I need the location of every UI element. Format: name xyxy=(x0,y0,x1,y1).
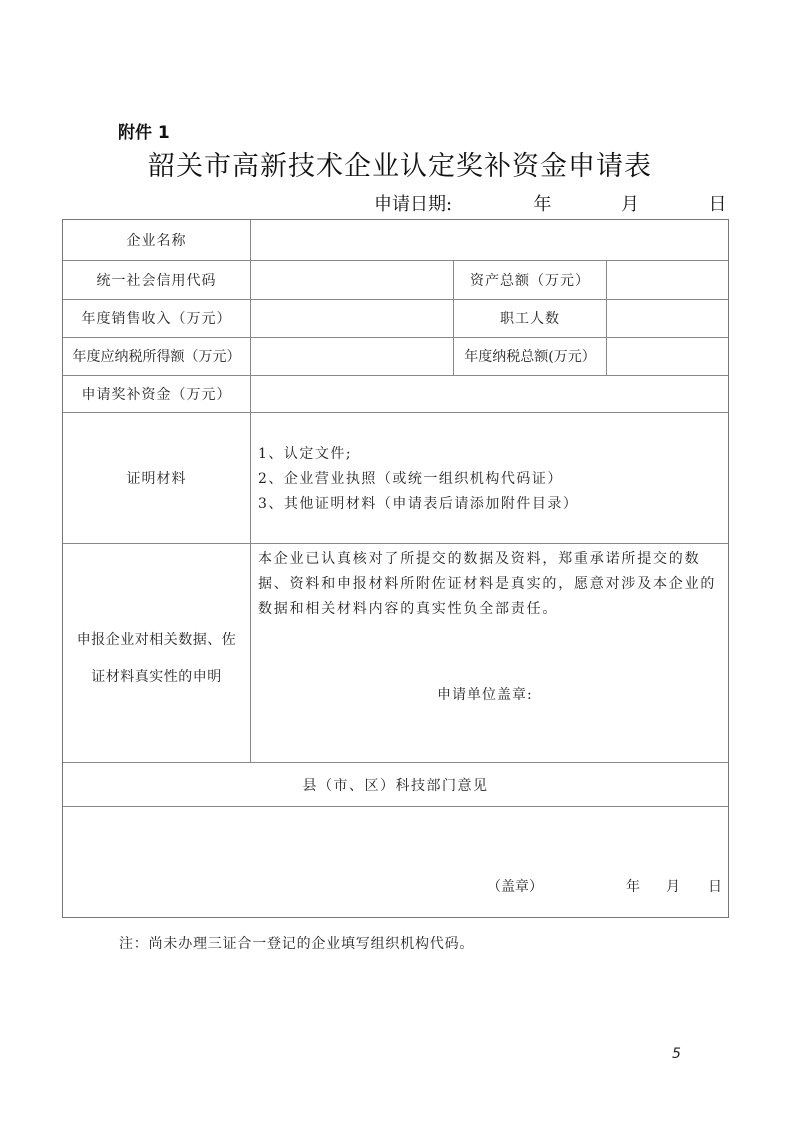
department-seal-label: （盖章） xyxy=(487,876,543,896)
subsidy-amount-label: 申请奖补资金（万元） xyxy=(63,375,250,412)
application-form-table: 企业名称 统一社会信用代码 资产总额（万元） 年度销售收入（万元） 职工人数 年… xyxy=(62,219,729,918)
total-assets-field[interactable] xyxy=(607,260,729,299)
attachment-label: 附件 1 xyxy=(118,118,170,143)
total-assets-label: 资产总额（万元） xyxy=(454,260,606,299)
declaration-text: 本企业已认真核对了所提交的数据及资料，郑重承诺所提交的数据、资料和申报材料所附佐… xyxy=(258,547,724,622)
annual-sales-field[interactable] xyxy=(251,299,453,337)
materials-item: 2、企业营业执照（或统一组织机构代码证） xyxy=(258,467,578,492)
declaration-label-line1: 申报企业对相关数据、佐 xyxy=(63,622,250,659)
taxable-income-label: 年度应纳税所得额（万元） xyxy=(63,337,250,375)
credit-code-label: 统一社会信用代码 xyxy=(63,260,250,299)
taxable-income-field[interactable] xyxy=(251,337,453,375)
materials-list: 1、认定文件; 2、企业营业执照（或统一组织机构代码证） 3、其他证明材料（申请… xyxy=(258,442,578,517)
row-divider xyxy=(63,543,728,544)
department-day-label: 日 xyxy=(708,876,722,896)
page-number: 5 xyxy=(672,1046,681,1062)
row-divider xyxy=(63,806,728,807)
total-tax-field[interactable] xyxy=(607,337,729,375)
employee-count-field[interactable] xyxy=(607,299,729,337)
page-title: 韶关市高新技术企业认定奖补资金申请表 xyxy=(0,144,800,183)
materials-item: 3、其他证明材料（申请表后请添加附件目录） xyxy=(258,492,578,517)
credit-code-field[interactable] xyxy=(251,260,453,299)
day-label: 日 xyxy=(708,190,726,216)
annual-sales-label: 年度销售收入（万元） xyxy=(63,299,250,337)
year-label: 年 xyxy=(534,190,552,216)
company-name-label: 企业名称 xyxy=(63,220,250,260)
department-year-label: 年 xyxy=(626,876,640,896)
month-label: 月 xyxy=(621,190,639,216)
application-date: 申请日期: 年 月 日 xyxy=(374,190,726,216)
department-opinion-label: 县（市、区）科技部门意见 xyxy=(63,763,728,806)
total-tax-label: 年度纳税总额(万元） xyxy=(454,337,606,375)
declaration-label-line2: 证材料真实性的申明 xyxy=(63,659,250,696)
declaration-label: 申报企业对相关数据、佐 证材料真实性的申明 xyxy=(63,622,250,696)
materials-label: 证明材料 xyxy=(63,412,250,543)
applicant-seal-label: 申请单位盖章: xyxy=(437,684,533,704)
employee-count-label: 职工人数 xyxy=(454,299,606,337)
materials-item: 1、认定文件; xyxy=(258,442,578,467)
date-label: 申请日期: xyxy=(374,190,452,216)
department-month-label: 月 xyxy=(666,876,680,896)
footnote: 注：尚未办理三证合一登记的企业填写组织机构代码。 xyxy=(119,933,474,953)
company-name-field[interactable] xyxy=(251,220,729,260)
subsidy-amount-field[interactable] xyxy=(251,375,729,412)
